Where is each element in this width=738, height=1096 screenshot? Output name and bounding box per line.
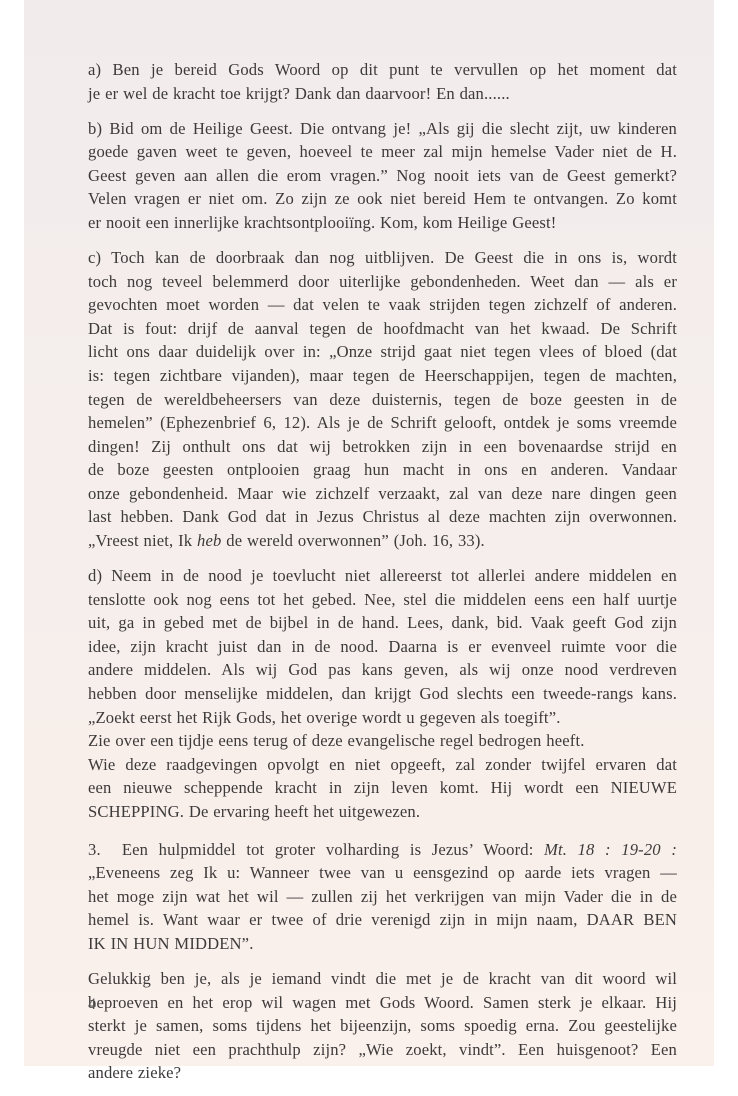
paragraph-d-followup-1: Zie over een tijdje eens terug of deze e… [88,729,677,753]
text-line: tenslotte ook nog eens tot het gebed. Ne… [88,588,677,612]
text-line: gevochten moet worden — dat velen te vaa… [88,293,677,317]
book-page: a) Ben je bereid Gods Woord op dit punt … [24,0,714,1066]
text-line: vreugde niet een prachthulp zijn? „Wie z… [88,1038,677,1062]
paragraph-closing: Gelukkig ben je, als je iemand vindt die… [88,967,677,1068]
section-3-lead: 3. Een hulpmiddel tot groter volharding … [88,840,544,859]
text-line: het moge zijn wat het wil — zullen zij h… [88,885,677,909]
text-line: er nooit een innerlijke krachtsontplooiï… [88,211,677,235]
text-line-with-italic: „Vreest niet, Ik heb de wereld overwonne… [88,529,677,553]
text-line: Velen vragen er niet om. Zo zijn ze ook … [88,187,677,211]
text-line: je er wel de kracht toe krijgt? Dank dan… [88,82,677,106]
paragraph-c: c) Toch kan de doorbraak dan nog uitblij… [88,246,677,553]
text-line: een nieuwe scheppende kracht in zijn lev… [88,776,677,800]
text-line: licht ons daar duidelijk over in: „Onze … [88,340,677,364]
quote-end: de wereld overwonnen” (Joh. 16, 33). [221,531,484,550]
text-line: andere middelen. Als wij God pas kans ge… [88,658,677,682]
text-line: Gelukkig ben je, als je iemand vindt die… [88,967,677,991]
text-line: „Zoekt eerst het Rijk Gods, het overige … [88,706,677,730]
text-line: de boze geesten ontplooien graag hun mac… [88,458,677,482]
text-line: d) Neem in de nood je toevlucht niet all… [88,564,677,588]
text-line: hemelen” (Ephezenbrief 6, 12). Als je de… [88,411,677,435]
text-line: Wie deze raadgevingen opvolgt en niet op… [88,753,677,777]
text-line: IK IN HUN MIDDEN”. [88,932,677,956]
page-body-text: a) Ben je bereid Gods Woord op dit punt … [88,58,677,1068]
text-line: SCHEPPING. De ervaring heeft het uitgewe… [88,800,677,824]
text-line: is: tegen zichtbare vijanden), maar tege… [88,364,677,388]
text-line: uit, ga in gebed met de bijbel in de han… [88,611,677,635]
bible-reference: Mt. 18 : 19-20 : [544,840,677,859]
text-line: hemel is. Want waar er twee of drie vere… [88,908,677,932]
text-line: b) Bid om de Heilige Geest. Die ontvang … [88,117,677,141]
text-line: dingen! Zij onthult ons dat wij betrokke… [88,435,677,459]
text-line: andere zieke? [88,1061,677,1068]
paragraph-a: a) Ben je bereid Gods Woord op dit punt … [88,58,677,105]
text-line: toch nog teveel belemmerd door uiterlijk… [88,270,677,294]
paragraph-section-3: 3. Een hulpmiddel tot groter volharding … [88,838,677,956]
text-line: „Eveneens zeg Ik u: Wanneer twee van u e… [88,861,677,885]
paragraph-b: b) Bid om de Heilige Geest. Die ontvang … [88,117,677,235]
text-line: Zie over een tijdje eens terug of deze e… [88,729,677,753]
text-line: beproeven en het erop wil wagen met Gods… [88,991,677,1015]
text-line: Geest geven aan allen die erom vragen.” … [88,164,677,188]
emphasis-heb: heb [197,531,221,550]
text-line: Dat is fout: drijf de aanval tegen de ho… [88,317,677,341]
text-line: last hebben. Dank God dat in Jezus Chris… [88,505,677,529]
paragraph-d-followup-2: Wie deze raadgevingen opvolgt en niet op… [88,753,677,824]
text-line: hebben door menselijke middelen, dan kri… [88,682,677,706]
page-number: 4 [88,996,96,1014]
text-line: goede gaven weet te geven, hoeveel te me… [88,140,677,164]
text-line: a) Ben je bereid Gods Woord op dit punt … [88,58,677,82]
text-line: sterkt je samen, soms tijdens het bijeen… [88,1014,677,1038]
text-line: onze gebondenheid. Maar wie zichzelf ver… [88,482,677,506]
paragraph-d: d) Neem in de nood je toevlucht niet all… [88,564,677,729]
text-line-with-italic: 3. Een hulpmiddel tot groter volharding … [88,838,677,862]
text-line: c) Toch kan de doorbraak dan nog uitblij… [88,246,677,270]
text-line: idee, zijn kracht juist dan in de nood. … [88,635,677,659]
quote-start: „Vreest niet, Ik [88,531,197,550]
text-line: tegen de wereldbeheersers van deze duist… [88,388,677,412]
